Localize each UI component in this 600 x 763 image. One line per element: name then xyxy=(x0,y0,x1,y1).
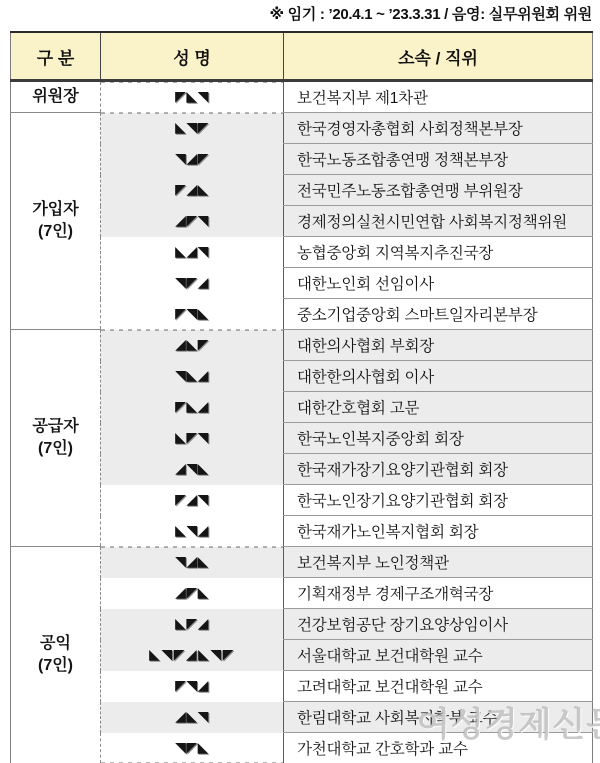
redacted-name-mosaic: ◢◤◥ xyxy=(175,213,209,229)
committee-table-body: 위원장◤◣◥보건복지부 제1차관가입자(7인)◣◥◤한국경영자총협회 사회정책본… xyxy=(11,81,593,763)
redacted-name-mosaic: ◥◢◣ xyxy=(175,554,209,570)
affiliation-cell: 서울대학교 보건대학원 교수 xyxy=(284,640,593,671)
affiliation-cell: 한국노인복지중앙회 회장 xyxy=(284,423,593,454)
redacted-name-mosaic: ◥◤◢ xyxy=(175,275,209,291)
redacted-name-cell: ◥◤◢ xyxy=(101,268,284,299)
affiliation-cell: 한림대학교 사회복지학부 교수 xyxy=(284,702,593,733)
affiliation-cell: 건강보험공단 장기요양상임이사 xyxy=(284,609,593,640)
redacted-name-cell: ◢◤◥ xyxy=(101,206,284,237)
redacted-name-mosaic: ◣◢◥ xyxy=(175,244,209,260)
redacted-name-cell: ◤◣◢ xyxy=(101,392,284,423)
redacted-name-cell: ◢◣◥ xyxy=(101,702,284,733)
affiliation-cell: 대한간호협회 고문 xyxy=(284,392,593,423)
redacted-name-mosaic: ◤◣◢ xyxy=(175,399,209,415)
affiliation-cell: 한국경영자총협회 사회정책본부장 xyxy=(284,113,593,144)
redacted-name-mosaic: ◣◤◢ xyxy=(175,616,209,632)
group-count-label: (7인) xyxy=(38,657,73,674)
affiliation-cell: 중소기업중앙회 스마트일자리본부장 xyxy=(284,299,593,330)
group-label-cell: 공급자(7인) xyxy=(11,330,101,547)
redacted-name-mosaic: ◤◣◥ xyxy=(175,89,209,105)
redacted-name-cell: ◥◣◢ xyxy=(101,361,284,392)
redacted-name-mosaic: ◢◤◣ xyxy=(175,585,209,601)
affiliation-cell: 한국노동조합총연맹 정책본부장 xyxy=(284,144,593,175)
redacted-name-mosaic: ◥◣◢ xyxy=(175,368,209,384)
redacted-name-cell: ◢◤◣ xyxy=(101,578,284,609)
member-row: 위원장◤◣◥보건복지부 제1차관 xyxy=(11,81,593,113)
affiliation-cell: 기획재정부 경제구조개혁국장 xyxy=(284,578,593,609)
table-header: 구 분 성 명 소속 / 직위 xyxy=(11,32,593,81)
group-label-cell: 가입자(7인) xyxy=(11,113,101,330)
redacted-name-cell: ◤◢◥ xyxy=(101,485,284,516)
group-label-cell: 공익(7인) xyxy=(11,547,101,763)
redacted-name-cell: ◢◣◤ xyxy=(101,330,284,361)
group-label-cell: 위원장 xyxy=(11,81,101,113)
redacted-name-mosaic: ◥◢◤ xyxy=(175,151,209,167)
redacted-name-cell: ◥◢◤ xyxy=(101,144,284,175)
header-row: 구 분 성 명 소속 / 직위 xyxy=(11,32,593,81)
redacted-name-cell: ◢◥◣ xyxy=(101,454,284,485)
redacted-name-cell: ◤◢◣ xyxy=(101,175,284,206)
affiliation-cell: 한국재가장기요양기관협회 회장 xyxy=(284,454,593,485)
redacted-name-mosaic: ◥◤◣ xyxy=(175,740,209,756)
member-row: 공급자(7인)◢◣◤대한의사협회 부회장 xyxy=(11,330,593,361)
affiliation-cell: 경제정의실천시민연합 사회복지정책위원 xyxy=(284,206,593,237)
redacted-name-mosaic: ◣◥◢ xyxy=(175,523,209,539)
affiliation-cell: 한국재가노인복지협회 회장 xyxy=(284,516,593,547)
redacted-name-cell: ◤◣◥ xyxy=(101,81,284,113)
affiliation-cell: 한국노인장기요양기관협회 회장 xyxy=(284,485,593,516)
redacted-name-cell: ◣◤◥ xyxy=(101,423,284,454)
document-page: ※ 임기 : ’20.4.1 ~ ’23.3.31 / 음영: 실무위원회 위원… xyxy=(0,0,600,763)
redacted-name-cell: ◤◥◣ xyxy=(101,299,284,330)
affiliation-cell: 전국민주노동조합총연맹 부위원장 xyxy=(284,175,593,206)
affiliation-cell: 보건복지부 제1차관 xyxy=(284,81,593,113)
redacted-name-mosaic: ◢◥◣ xyxy=(175,461,209,477)
affiliation-cell: 대한의사협회 부회장 xyxy=(284,330,593,361)
redacted-name-mosaic: ◤◥◣ xyxy=(175,306,209,322)
redacted-name-mosaic: ◢◣◤ xyxy=(175,337,209,353)
affiliation-cell: 보건복지부 노인정책관 xyxy=(284,547,593,578)
group-count-label: (7인) xyxy=(38,223,73,240)
redacted-name-cell: ◤◥◢ xyxy=(101,671,284,702)
column-header-name: 성 명 xyxy=(101,32,284,81)
affiliation-cell: 가천대학교 간호학과 교수 xyxy=(284,733,593,763)
redacted-name-cell: ◥◤◣ xyxy=(101,733,284,763)
group-count-label: (7인) xyxy=(38,440,73,457)
affiliation-cell: 농협중앙회 지역복지추진국장 xyxy=(284,237,593,268)
redacted-name-cell: ◣◥◢ xyxy=(101,516,284,547)
redacted-name-mosaic: ◤◥◢ xyxy=(175,678,209,694)
committee-members-table: 구 분 성 명 소속 / 직위 위원장◤◣◥보건복지부 제1차관가입자(7인)◣… xyxy=(10,31,593,763)
redacted-name-mosaic: ◣◤◥ xyxy=(175,430,209,446)
term-and-legend-note: ※ 임기 : ’20.4.1 ~ ’23.3.31 / 음영: 실무위원회 위원 xyxy=(270,3,592,24)
redacted-name-cell: ◣◢◥ xyxy=(101,237,284,268)
redacted-name-mosaic: ◤◢◥ xyxy=(175,492,209,508)
column-header-category: 구 분 xyxy=(11,32,101,81)
redacted-name-mosaic: ◢◣◥ xyxy=(175,709,209,725)
redacted-name-cell: ◣◤◢ xyxy=(101,609,284,640)
affiliation-cell: 대한한의사협회 이사 xyxy=(284,361,593,392)
member-row: 공익(7인)◥◢◣보건복지부 노인정책관 xyxy=(11,547,593,578)
redacted-name-mosaic: ◤◢◣ xyxy=(175,182,209,198)
affiliation-cell: 대한노인회 선임이사 xyxy=(284,268,593,299)
redacted-name-cell: ◥◢◣ xyxy=(101,547,284,578)
member-row: 가입자(7인)◣◥◤한국경영자총협회 사회정책본부장 xyxy=(11,113,593,144)
redacted-name-cell: ◣◥◤◢◣◥◤ xyxy=(101,640,284,671)
column-header-affiliation: 소속 / 직위 xyxy=(284,32,593,81)
redacted-name-mosaic: ◣◥◤ xyxy=(175,120,209,136)
redacted-name-cell: ◣◥◤ xyxy=(101,113,284,144)
redacted-name-mosaic: ◣◥◤◢◣◥◤ xyxy=(149,647,235,663)
affiliation-cell: 고려대학교 보건대학원 교수 xyxy=(284,671,593,702)
